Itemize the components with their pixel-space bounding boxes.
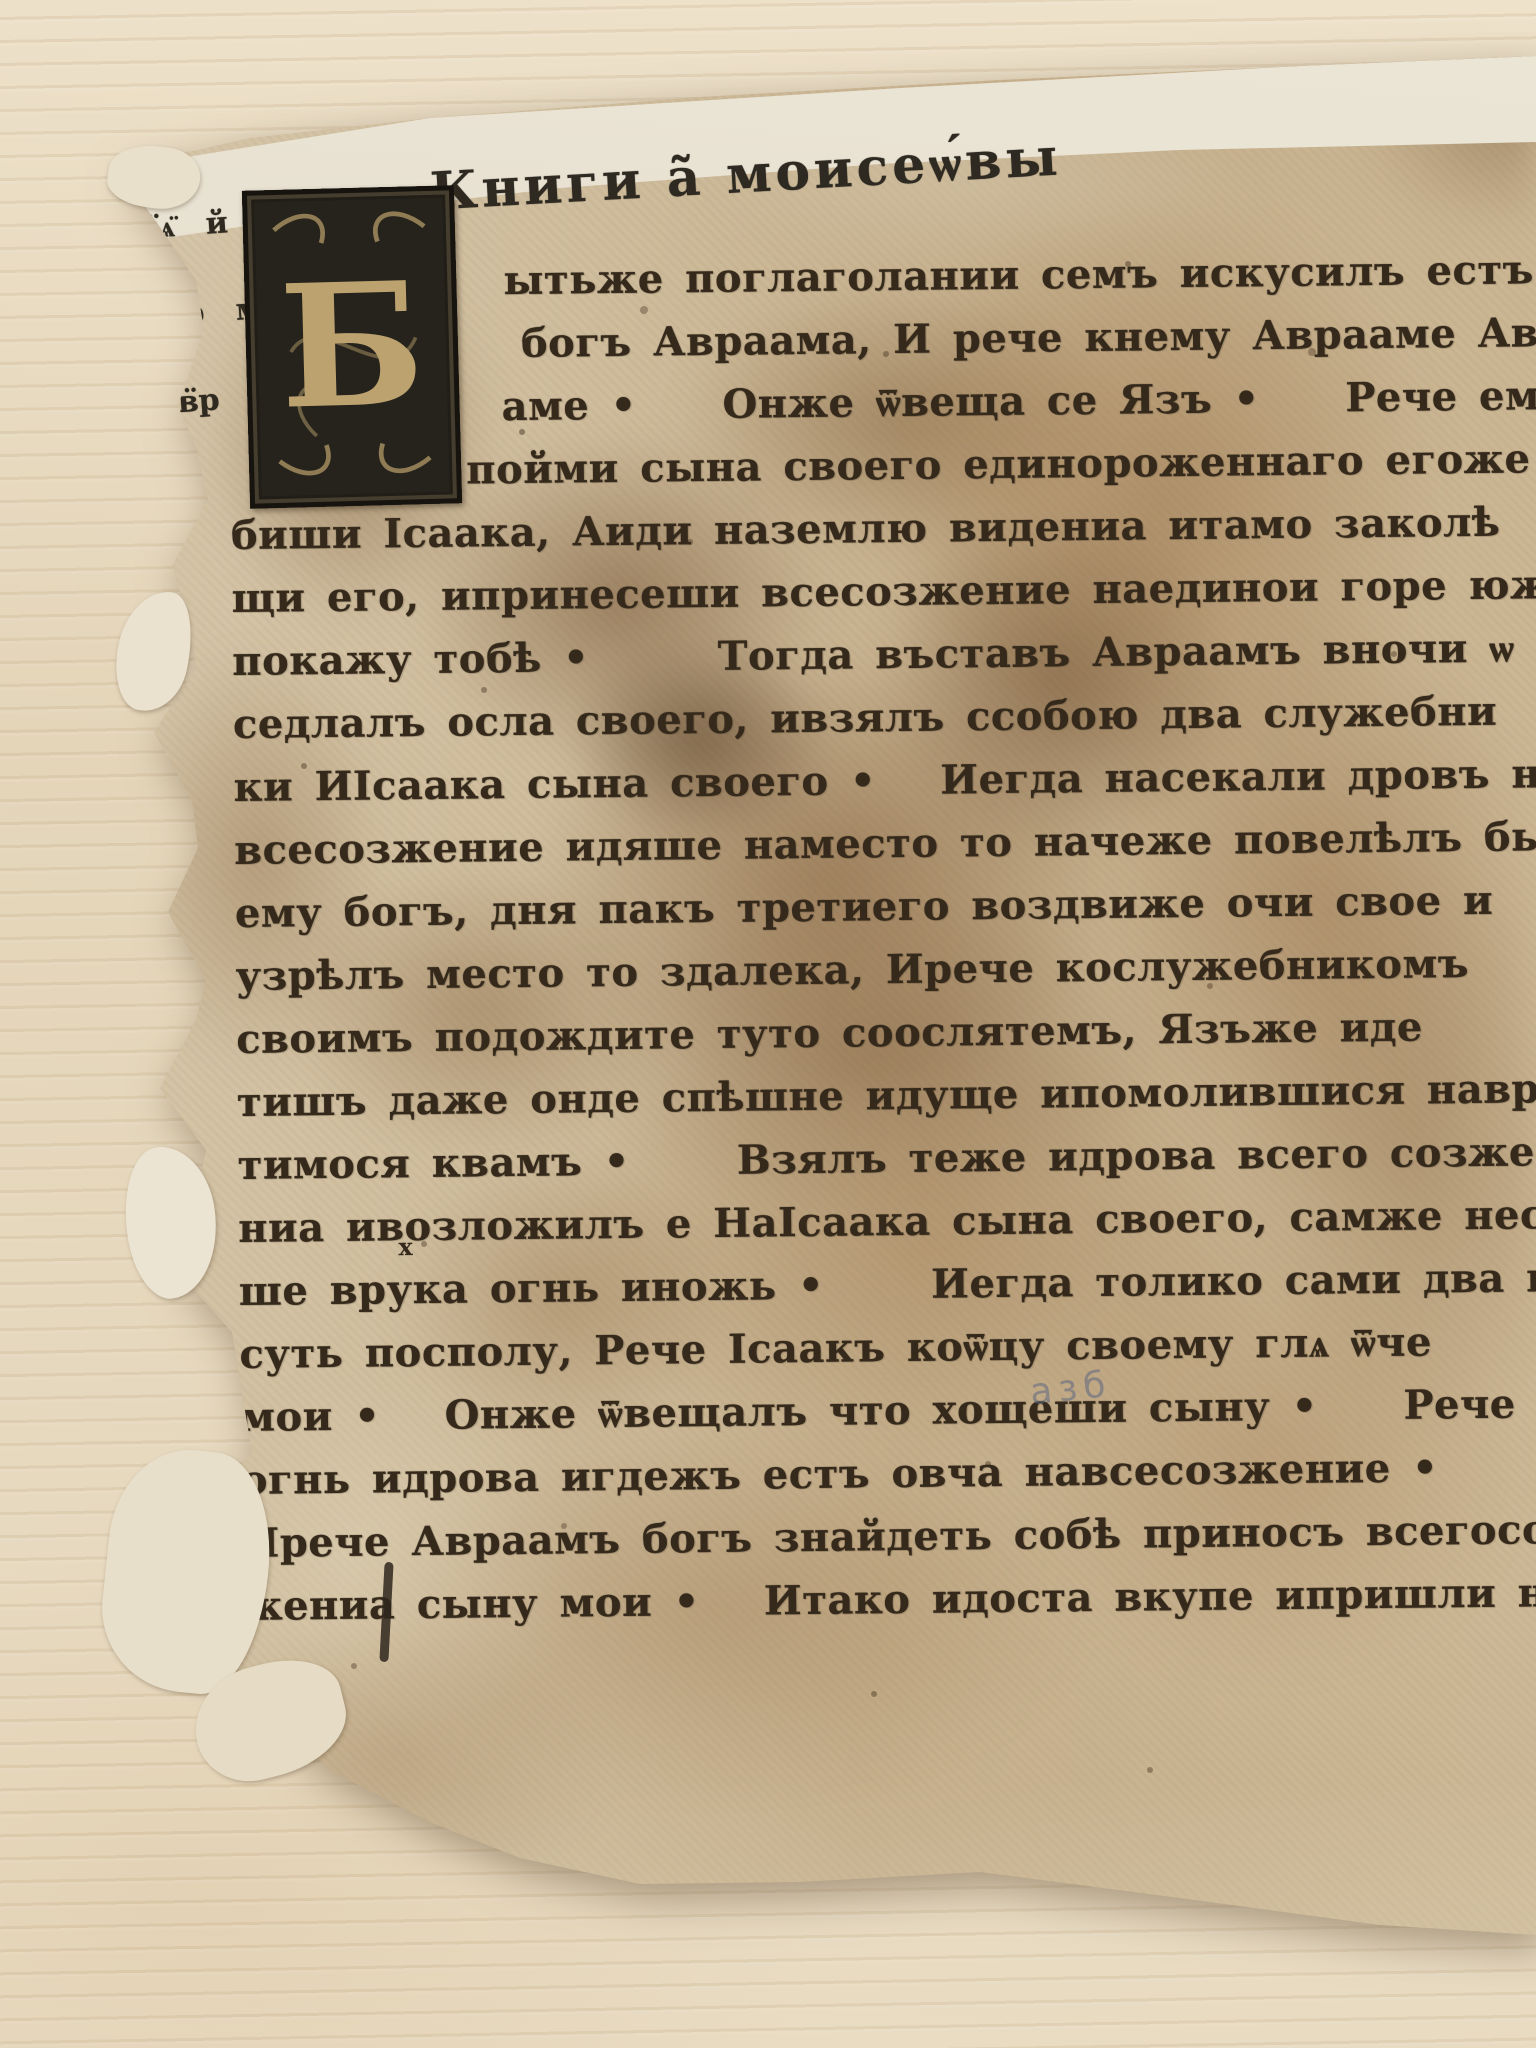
text-line: жениа сыну мои • Итако идоста вкупе ипри… (242, 1562, 1513, 1638)
paper-speckles (0, 0, 4, 4)
faint-handwriting-mark: азб (1028, 1364, 1113, 1413)
interlinear-insert-mark: х (398, 1232, 413, 1261)
body-text-block: ытьже поглаголании семъ искусилъ естъ бо… (228, 239, 1512, 1638)
wood-table-surface: Книги а̃ моисеѡ́вы одїѧ̈ й с̃ сир м̾ зоє… (0, 0, 1536, 2048)
